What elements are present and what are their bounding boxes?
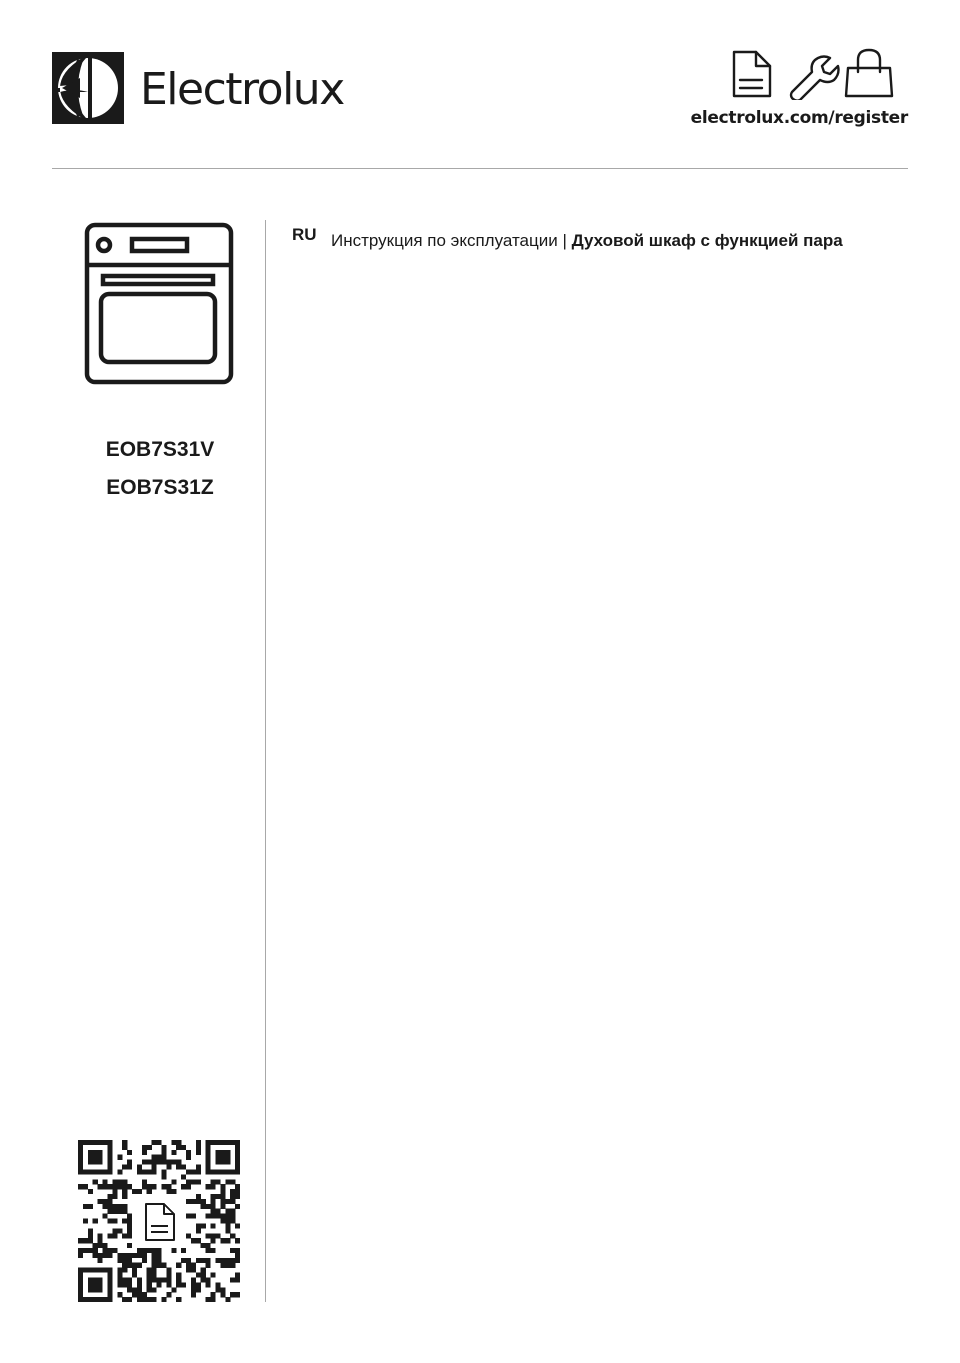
header-divider [52, 168, 908, 169]
brand-name: Electrolux [140, 60, 344, 120]
document-icon [146, 1204, 174, 1240]
language-code: RU [292, 225, 317, 245]
wrench-icon[interactable] [791, 57, 839, 101]
document-icon[interactable] [734, 52, 770, 96]
oven-icon [84, 222, 234, 385]
column-divider [265, 220, 266, 1302]
model-number: EOB7S31Z [60, 476, 260, 500]
shopping-bag-icon[interactable] [846, 50, 892, 96]
register-link[interactable]: electrolux.com/register [691, 108, 908, 128]
document-title: Инструкция по эксплуатации | Духовой шка… [331, 225, 871, 256]
document-type: Инструкция по эксплуатации [331, 231, 558, 250]
model-number: EOB7S31V [60, 438, 260, 462]
header-icons [728, 48, 894, 100]
qr-code-icon[interactable] [78, 1140, 240, 1302]
title-separator: | [558, 231, 572, 250]
electrolux-logo-icon[interactable] [52, 52, 124, 124]
product-title: Духовой шкаф с функцией пара [572, 231, 843, 250]
